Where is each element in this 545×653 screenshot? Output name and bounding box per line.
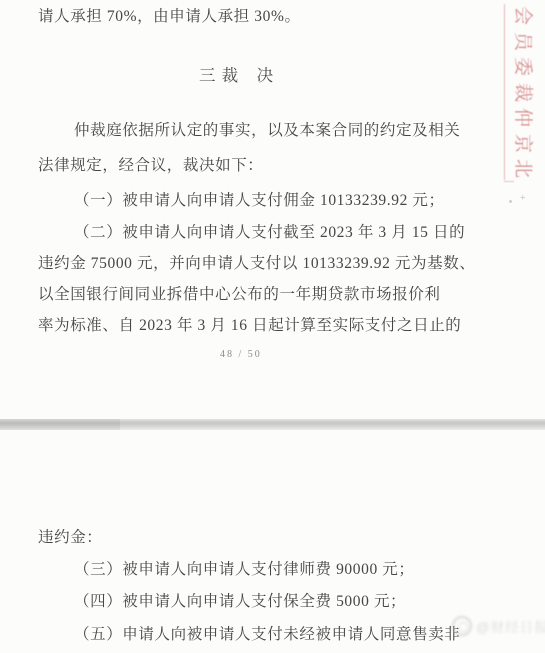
document-page-1: 请人承担 70%，由申请人承担 30%。 三 裁 决 仲裁庭依据所认定的事实，以… bbox=[0, 0, 545, 419]
carryover-line-penalty: 违约金： bbox=[38, 529, 102, 548]
page-divider bbox=[0, 419, 545, 430]
ruling-item-4: （四）被申请人向申请人支付保全费 5000 元； bbox=[74, 593, 406, 612]
stamp-char: 京 bbox=[513, 133, 532, 152]
ruling-item-2-line-2: 违约金 75000 元，并向申请人支付以 10133239.92 元为基数、 bbox=[38, 255, 475, 274]
decision-paragraph-line-2: 法律规定，经合议，裁决如下： bbox=[38, 157, 263, 176]
stamp-char: 仲 bbox=[513, 108, 532, 127]
decision-paragraph-line-1: 仲裁庭依据所认定的事实，以及本案合同的约定及相关 bbox=[74, 122, 460, 141]
page-number: 48 / 50 bbox=[220, 349, 262, 360]
watermark-text: @财经日报 bbox=[476, 616, 545, 636]
document-page-2: 违约金： （三）被申请人向申请人支付律师费 90000 元； （四）被申请人向申… bbox=[0, 430, 545, 653]
ruling-item-5: （五）申请人向被申请人支付未经被申请人同意售卖非 bbox=[74, 626, 460, 645]
stamp-char: 北 bbox=[513, 159, 532, 178]
stamp-char: 裁 bbox=[513, 82, 532, 101]
carryover-line-costs: 请人承担 70%，由申请人承担 30%。 bbox=[38, 8, 301, 27]
ruling-item-1: （一）被申请人向申请人支付佣金 10133239.92 元； bbox=[74, 192, 445, 211]
stamp-char: 会 bbox=[513, 6, 532, 25]
ruling-item-3: （三）被申请人向申请人支付律师费 90000 元； bbox=[74, 561, 415, 580]
ruling-item-2-line-4: 率为标准、自 2023 年 3 月 16 日起计算至实际支付之日止的 bbox=[38, 317, 461, 336]
stamp-char: 员 bbox=[513, 31, 532, 50]
scan-artifact: + bbox=[520, 193, 526, 204]
document-screenshot: 请人承担 70%，由申请人承担 30%。 三 裁 决 仲裁庭依据所认定的事实，以… bbox=[0, 0, 545, 653]
arbitration-commission-stamp: 会 员 委 裁 仲 京 北 bbox=[504, 4, 540, 180]
stamp-char: 委 bbox=[513, 57, 532, 76]
scan-artifact bbox=[509, 200, 512, 203]
ruling-item-2-line-3: 以全国银行间同业拆借中心公布的一年期贷款市场报价利 bbox=[38, 286, 441, 305]
section-heading-decision: 三 裁 决 bbox=[199, 66, 274, 86]
ruling-item-2-line-1: （二）被申请人向申请人支付截至 2023 年 3 月 15 日的 bbox=[74, 224, 465, 243]
news-watermark: @财经日报 bbox=[452, 616, 545, 636]
watermark-logo-icon bbox=[452, 616, 472, 636]
